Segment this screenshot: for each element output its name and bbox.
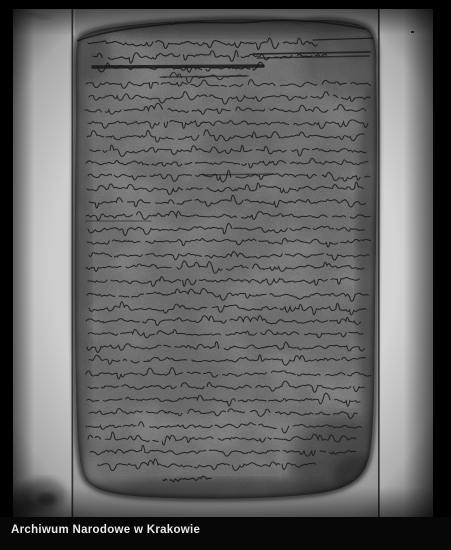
right-film-strip [379,9,433,517]
strike-mark [163,76,248,77]
paper-shading [201,97,325,221]
archive-caption-label: Archiwum Narodowe w Krakowie [11,524,200,536]
strike-mark [203,174,273,175]
archive-photo-frame: Archiwum Narodowe w Krakowie [0,0,451,550]
paper-aging [68,14,395,505]
caption-bar: Archiwum Narodowe w Krakowie [0,517,451,550]
photograph-canvas [13,9,433,517]
top-left-patch [13,9,75,35]
manuscript-photograph [13,9,433,517]
film-speck [411,31,414,33]
film-smudge [38,493,56,505]
strike-mark [93,66,263,67]
left-film-strip [13,9,72,517]
manuscript-page [68,14,395,505]
